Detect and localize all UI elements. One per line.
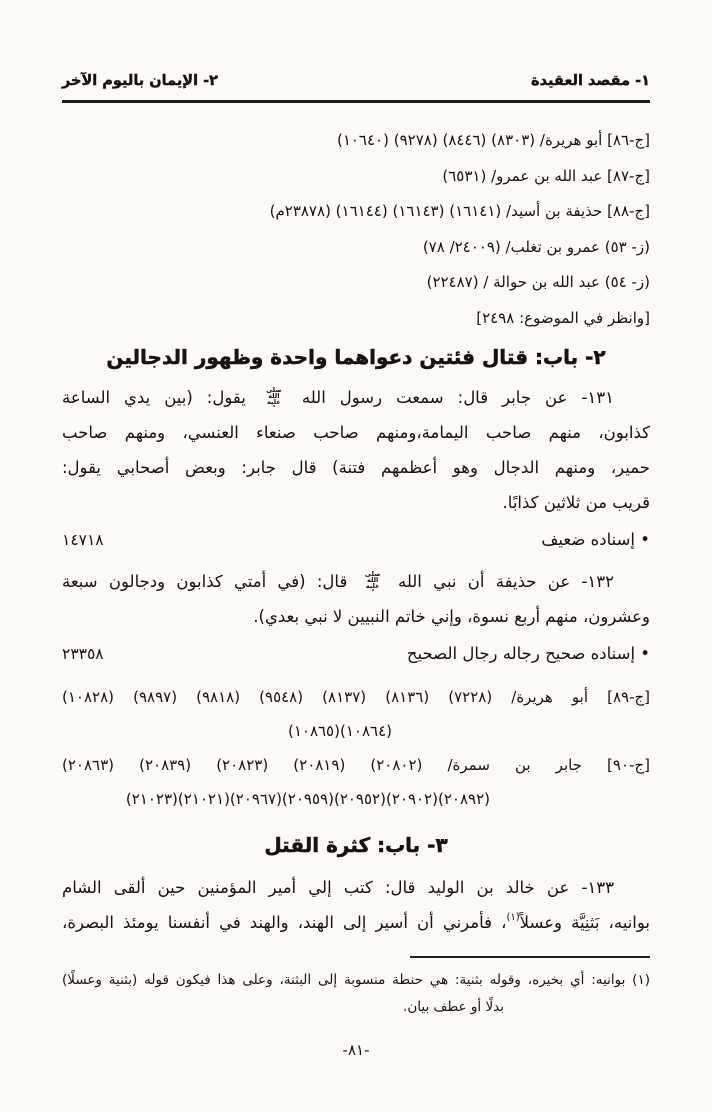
footnote-block: (١) بوانيه: أي بخيره، وقوله بثنية: هي حن… — [62, 967, 650, 1021]
hadith-133-line2-pre: بوانيه، بَثنِيَّة وعسلاً — [520, 913, 650, 932]
paragraph-line: بوانيه، بَثنِيَّة وعسلاً(١)، فأمرني أن أ… — [62, 905, 650, 940]
hadith-132-paragraph: ١٣٢- عن حذيفة أن نبي الله صلى الله عليه … — [62, 564, 650, 634]
section-3-heading: ٣- باب: كثرة القتل — [62, 830, 650, 860]
footnote-marker: (١) — [506, 912, 519, 923]
paragraph-line: ١٣٢- عن حذيفة أن نبي الله صلى الله عليه … — [62, 564, 650, 599]
reference-line: [ج-٨٨] حذيفة بن أسيد/ (١٦١٤١) (١٦١٤٣) (١… — [62, 194, 650, 230]
grade-text: • إسناده ضعيف — [541, 520, 650, 560]
footnote-line: (١) بوانيه: أي بخيره، وقوله بثنية: هي حن… — [62, 967, 650, 994]
hadith-131-line1b: يقول: (بين يدي الساعة — [62, 388, 246, 407]
musnad-number: ٢٣٣٥٨ — [62, 634, 104, 674]
references-list: [ج-٨٦] أبو هريرة/ (٨٣٠٣) (٨٤٤٦) (٩٢٧٨) (… — [62, 123, 650, 336]
book-page: ٢- الإيمان باليوم الآخر ١- مقصد العقيدة … — [0, 0, 712, 1112]
paragraph-line: ١٣٣- عن خالد بن الوليد قال: كتب إلي أمير… — [62, 870, 650, 905]
paragraph-line: كذابون، منهم صاحب اليمامة،ومنهم صاحب صنع… — [62, 415, 650, 450]
paragraph-line: وعشرون، منهم أربع نسوة، وإني خاتم النبيي… — [62, 599, 650, 634]
hadith-133-paragraph: ١٣٣- عن خالد بن الوليد قال: كتب إلي أمير… — [62, 870, 650, 940]
reference-line: [ج-٨٦] أبو هريرة/ (٨٣٠٣) (٨٤٤٦) (٩٢٧٨) (… — [62, 123, 650, 159]
footnote-separator-rule — [410, 956, 650, 958]
reference-line: [ج-٩٠] جابر بن سمرة/ (٢٠٨٠٢) (٢٠٨١٩) (٢٠… — [62, 748, 650, 782]
reference-line: (ز- ٥٤) عبد الله بن حوالة / (٢٢٤٨٧) — [62, 265, 650, 301]
hadith-131-line1a: ١٣١- عن جابر قال: سمعت رسول الله — [302, 388, 614, 407]
reference-continuation: (١٠٨٦٤)(١٠٨٦٥) — [62, 714, 650, 748]
saw-honorific-mark: صلى الله عليه وسلم — [361, 571, 385, 591]
hadith-133-line2-post: ، فأمرني أن أسير إلى الهند، والهند في أن… — [62, 913, 506, 932]
reference-line: [وانظر في الموضوع: ٢٤٩٨] — [62, 301, 650, 337]
paragraph-line: حمير، ومنهم الدجال وهو أعظمهم فتنة) قال … — [62, 450, 650, 485]
footnote-line: بدلًا أو عطف بيان. — [62, 994, 650, 1021]
section-2-heading: ٢- باب: قتال فئتين دعواهما واحدة وظهور ا… — [62, 342, 650, 372]
saw-honorific-mark: صلى الله عليه وسلم — [262, 387, 286, 407]
running-header: ٢- الإيمان باليوم الآخر ١- مقصد العقيدة — [62, 70, 650, 92]
grade-text: • إسناده صحيح رجاله رجال الصحيح — [407, 634, 650, 674]
header-rule — [62, 100, 650, 103]
hadith-132-line1a: ١٣٢- عن حذيفة أن نبي الله — [398, 572, 614, 591]
references-list-mid: [ج-٨٩] أبو هريرة/ (٧٢٢٨) (٨١٣٦) (٨١٣٧) (… — [62, 680, 650, 816]
isnad-grade-line-131: • إسناده ضعيف ١٤٧١٨ — [62, 520, 650, 560]
paragraph-line: ١٣١- عن جابر قال: سمعت رسول الله صلى الل… — [62, 380, 650, 415]
header-left-title: ٢- الإيمان باليوم الآخر — [62, 70, 218, 92]
reference-continuation: (٢٠٨٩٢)(٢٠٩٠٢)(٢٠٩٥٢)(٢٠٩٥٩)(٢٠٩٦٧)(٢١٠٢… — [62, 782, 650, 816]
hadith-131-paragraph: ١٣١- عن جابر قال: سمعت رسول الله صلى الل… — [62, 380, 650, 520]
header-right-title: ١- مقصد العقيدة — [531, 70, 650, 92]
page-number: -٨١- — [62, 1041, 650, 1059]
reference-line: [ج-٨٧] عبد الله بن عمرو/ (٦٥٣١) — [62, 159, 650, 195]
paragraph-line: قريب من ثلاثين كذابًا. — [62, 485, 650, 520]
hadith-132-line1b: قال: (في أمتي كذابون ودجالون سبعة — [62, 572, 347, 591]
reference-line: (ز- ٥٣) عمرو بن تغلب/ (٢٤٠٠٩/ ٧٨) — [62, 230, 650, 266]
page-number-value: -٨١- — [343, 1041, 370, 1059]
isnad-grade-line-132: • إسناده صحيح رجاله رجال الصحيح ٢٣٣٥٨ — [62, 634, 650, 674]
reference-line: [ج-٨٩] أبو هريرة/ (٧٢٢٨) (٨١٣٦) (٨١٣٧) (… — [62, 680, 650, 714]
musnad-number: ١٤٧١٨ — [62, 520, 104, 560]
